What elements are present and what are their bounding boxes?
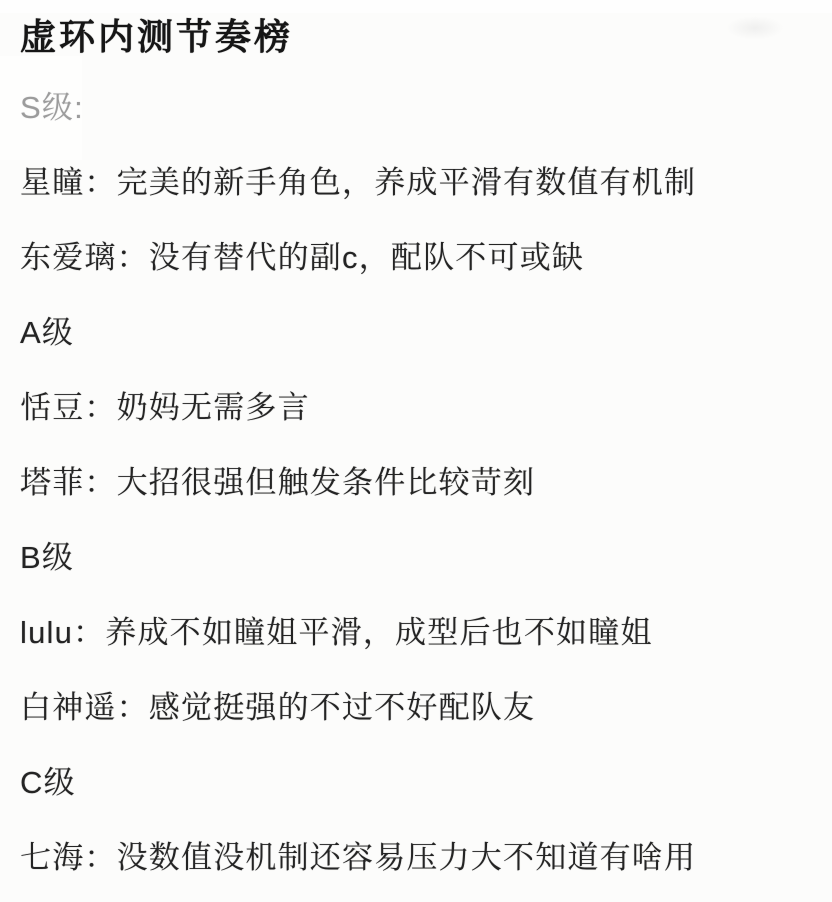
tier-entry: 塔菲：大招很强但触发条件比较苛刻 xyxy=(20,464,816,502)
page-title: 虚环内测节奏榜 xyxy=(20,16,816,58)
tier-entry: 星瞳：完美的新手角色，养成平滑有数值有机制 xyxy=(20,164,816,202)
tier-list-page: 虚环内测节奏榜 S级:星瞳：完美的新手角色，养成平滑有数值有机制东爱璃：没有替代… xyxy=(0,0,832,902)
tier-entry: lulu：养成不如瞳姐平滑，成型后也不如瞳姐 xyxy=(20,614,816,652)
tier-label: B级 xyxy=(20,539,816,577)
jpeg-artifact xyxy=(0,0,832,13)
tier-label: S级: xyxy=(20,89,816,127)
tier-entry: 白神遥：感觉挺强的不过不好配队友 xyxy=(20,689,816,727)
tier-entry: 东爱璃：没有替代的副c，配队不可或缺 xyxy=(20,239,816,277)
tier-label: A级 xyxy=(20,314,816,352)
tier-label: C级 xyxy=(20,764,816,802)
tier-entry: 恬豆：奶妈无需多言 xyxy=(20,389,816,427)
tier-entry: 七海：没数值没机制还容易压力大不知道有啥用 xyxy=(20,839,816,877)
tier-list: S级:星瞳：完美的新手角色，养成平滑有数值有机制东爱璃：没有替代的副c，配队不可… xyxy=(20,89,816,877)
